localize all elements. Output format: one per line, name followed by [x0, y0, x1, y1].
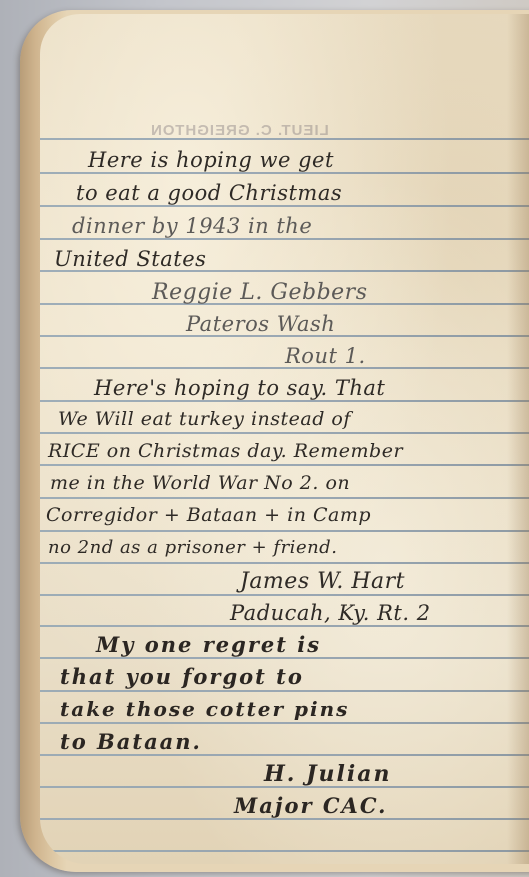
signature: James W. Hart [240, 569, 405, 594]
rule-line [40, 172, 529, 174]
rule-line [40, 530, 529, 532]
rule-line [40, 432, 529, 434]
signer-location: Paducah, Ky. Rt. 2 [230, 601, 431, 625]
entry-line: Corregidor + Bataan + in Camp [46, 504, 371, 526]
rule-line [40, 205, 529, 207]
signer-location: Pateros Wash [186, 312, 335, 336]
entry-line: dinner by 1943 in the [72, 214, 312, 238]
rule-line [40, 850, 529, 852]
bleed-through-text: LIEUT. C. GREIGHTON [150, 122, 329, 139]
signer-title: Major CAC. [234, 793, 388, 818]
entry-line: We Will eat turkey instead of [58, 408, 351, 430]
notebook-page: LIEUT. C. GREIGHTON Here is hoping we ge… [40, 14, 529, 864]
signature: Reggie L. Gebbers [152, 280, 367, 305]
rule-line [40, 625, 529, 627]
entry-line: to Bataan. [60, 729, 202, 754]
entry-line: take those cotter pins [60, 697, 349, 721]
entry-line: RICE on Christmas day. Remember [48, 440, 403, 462]
rule-line [40, 722, 529, 724]
signature: H. Julian [264, 761, 391, 787]
entry-line: to eat a good Christmas [76, 181, 342, 205]
entry-line: no 2nd as a prisoner + friend. [48, 537, 337, 558]
entry-line: United States [54, 247, 206, 271]
entry-line: My one regret is [96, 632, 321, 657]
entry-line: that you forgot to [60, 664, 304, 689]
rule-line [40, 754, 529, 756]
entry-line: me in the World War No 2. on [50, 472, 350, 494]
entry-line: Here is hoping we get [88, 148, 334, 172]
rule-line [40, 657, 529, 659]
rule-line [40, 690, 529, 692]
rule-line [40, 464, 529, 466]
rule-line [40, 238, 529, 240]
rule-line [40, 818, 529, 820]
rule-line [40, 594, 529, 596]
signer-route: Rout 1. [285, 344, 366, 368]
rule-line [40, 497, 529, 499]
rule-line [40, 562, 529, 564]
rule-line [40, 400, 529, 402]
entry-line: Here's hoping to say. That [94, 376, 385, 400]
